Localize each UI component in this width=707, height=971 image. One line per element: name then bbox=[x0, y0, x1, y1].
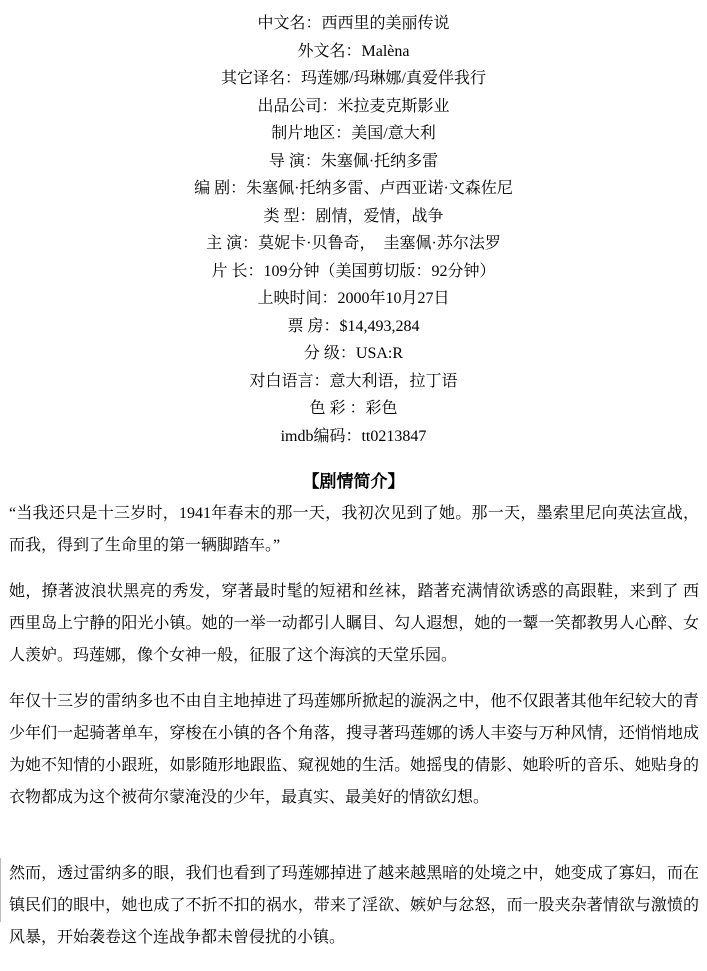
info-line-director: 导 演：朱塞佩·托纳多雷 bbox=[0, 148, 707, 176]
movie-metadata-block: 中文名：西西里的美丽传说 外文名：Malèna 其它译名：玛莲娜/玛琳娜/真爱伴… bbox=[0, 0, 707, 450]
synopsis-paragraph-renato: 年仅十三岁的雷纳多也不由自主地掉进了玛莲娜所掀起的漩涡之中，他不仅跟著其他年纪较… bbox=[9, 686, 699, 814]
info-line-languages: 对白语言：意大利语，拉丁语 bbox=[0, 368, 707, 396]
movie-info-document: 中文名：西西里的美丽传说 外文名：Malèna 其它译名：玛莲娜/玛琳娜/真爱伴… bbox=[0, 0, 707, 971]
info-line-studio: 出品公司：米拉麦克斯影业 bbox=[0, 93, 707, 121]
info-line-cast: 主 演：莫妮卡·贝鲁奇， 圭塞佩·苏尔法罗 bbox=[0, 230, 707, 258]
info-line-writers: 编 剧：朱塞佩·托纳多雷、卢西亚诺·文森佐尼 bbox=[0, 175, 707, 203]
info-line-box-office: 票 房：$14,493,284 bbox=[0, 313, 707, 341]
synopsis-heading: 【剧情简介】 bbox=[0, 472, 707, 492]
info-line-region: 制片地区：美国/意大利 bbox=[0, 120, 707, 148]
info-line-chinese-title: 中文名：西西里的美丽传说 bbox=[0, 10, 707, 38]
left-edge-artifact-line bbox=[0, 858, 1, 922]
info-line-genre: 类 型：剧情，爱情，战争 bbox=[0, 203, 707, 231]
info-line-release-date: 上映时间：2000年10月27日 bbox=[0, 285, 707, 313]
synopsis-paragraph-malena: 她，撩著波浪状黑亮的秀发，穿著最时髦的短裙和丝袜，踏著充满情欲诱惑的高跟鞋，来到… bbox=[9, 576, 699, 672]
info-line-runtime: 片 长：109分钟（美国剪切版：92分钟） bbox=[0, 258, 707, 286]
info-line-imdb-code: imdb编码：tt0213847 bbox=[0, 423, 707, 451]
info-line-rating: 分 级：USA:R bbox=[0, 340, 707, 368]
info-line-foreign-title: 外文名：Malèna bbox=[0, 38, 707, 66]
synopsis-paragraph-darkness: 然而，透过雷纳多的眼，我们也看到了玛莲娜掉进了越来越黑暗的处境之中，她变成了寡妇… bbox=[9, 858, 699, 954]
info-line-color: 色 彩 ：彩色 bbox=[0, 395, 707, 423]
info-line-other-titles: 其它译名：玛莲娜/玛琳娜/真爱伴我行 bbox=[0, 65, 707, 93]
synopsis-paragraph-quote: “当我还只是十三岁时，1941年春末的那一天，我初次见到了她。那一天，墨索里尼向… bbox=[9, 498, 699, 562]
